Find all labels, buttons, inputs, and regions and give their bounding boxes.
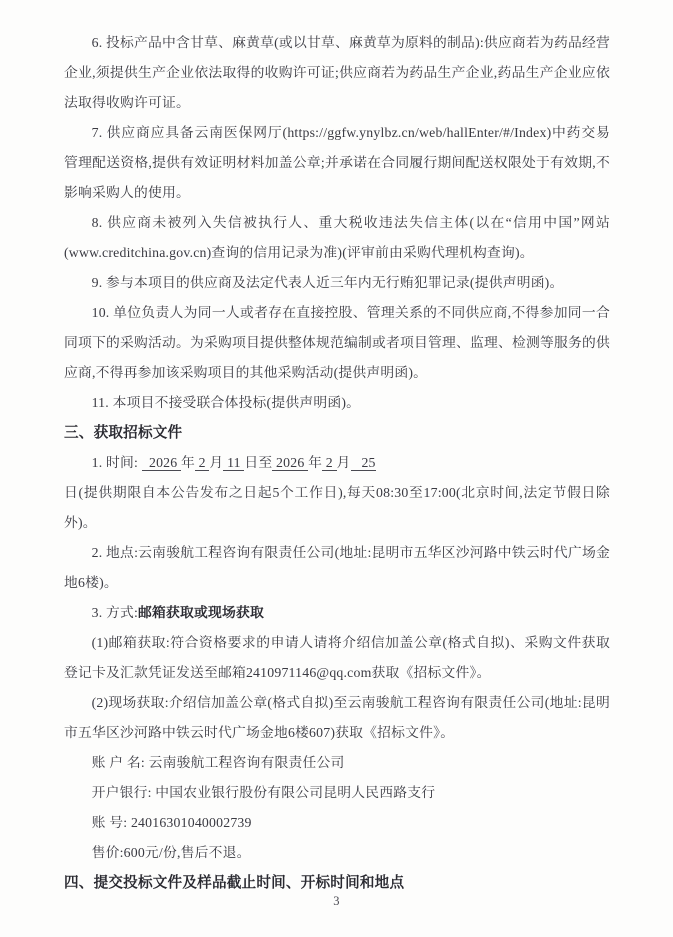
onsite-acquire-paragraph: (2)现场获取:介绍信加盖公章(格式自拟)至云南骏航工程咨询有限责任公司(地址:…	[64, 688, 610, 748]
acquire-method-line: 3. 方式:邮箱获取或现场获取	[64, 598, 610, 628]
method-value: 邮箱获取或现场获取	[138, 605, 264, 620]
price-value: 600元/份,售后不退。	[124, 845, 251, 860]
section3-heading: 三、获取招标文件	[64, 418, 610, 448]
acquire-time-line: 1. 时间: 2026 年 2 月 11 日至 2026 年 2 月 25	[64, 448, 610, 478]
paragraph-6: 6. 投标产品中含甘草、麻黄草(或以甘草、麻黄草为原料的制品):供应商若为药品经…	[64, 28, 610, 118]
account-number-line: 账 号: 24016301040002739	[64, 808, 610, 838]
paragraph-9: 9. 参与本项目的供应商及法定代表人近三年内无行贿犯罪记录(提供声明函)。	[64, 268, 610, 298]
price-label: 售价:	[92, 845, 124, 860]
bank-label: 开户银行:	[92, 785, 152, 800]
acquire-time-continuation: 日(提供期限自本公告发布之日起5个工作日),每天08:30至17:00(北京时间…	[64, 478, 610, 538]
price-line: 售价:600元/份,售后不退。	[64, 838, 610, 868]
account-name-label: 账 户 名:	[92, 755, 145, 770]
email-acquire-paragraph: (1)邮箱获取:符合资格要求的申请人请将介绍信加盖公章(格式自拟)、采购文件获取…	[64, 628, 610, 688]
page-number: 3	[0, 891, 673, 911]
document-page: 6. 投标产品中含甘草、麻黄草(或以甘草、麻黄草为原料的制品):供应商若为药品经…	[0, 0, 673, 937]
account-name-line: 账 户 名: 云南骏航工程咨询有限责任公司	[64, 748, 610, 778]
account-name-value: 云南骏航工程咨询有限责任公司	[149, 755, 345, 770]
bank-value: 中国农业银行股份有限公司昆明人民西路支行	[155, 785, 435, 800]
method-label: 3. 方式:	[92, 605, 138, 620]
paragraph-7: 7. 供应商应具备云南医保网厅(https://ggfw.ynylbz.cn/w…	[64, 118, 610, 208]
time-label: 1. 时间:	[92, 455, 142, 470]
bank-line: 开户银行: 中国农业银行股份有限公司昆明人民西路支行	[64, 778, 610, 808]
account-number-label: 账 号:	[92, 815, 128, 830]
paragraph-10: 10. 单位负责人为同一人或者存在直接控股、管理关系的不同供应商,不得参加同一合…	[64, 298, 610, 388]
acquire-location-line: 2. 地点:云南骏航工程咨询有限责任公司(地址:昆明市五华区沙河路中铁云时代广场…	[64, 538, 610, 598]
time-date-fill-in: 2026 年 2 月 11 日至 2026 年 2 月 25	[142, 455, 376, 471]
paragraph-11: 11. 本项目不接受联合体投标(提供声明函)。	[64, 388, 610, 418]
account-number-value: 24016301040002739	[131, 815, 252, 830]
paragraph-8: 8. 供应商未被列入失信被执行人、重大税收违法失信主体(以在“信用中国”网站(w…	[64, 208, 610, 268]
